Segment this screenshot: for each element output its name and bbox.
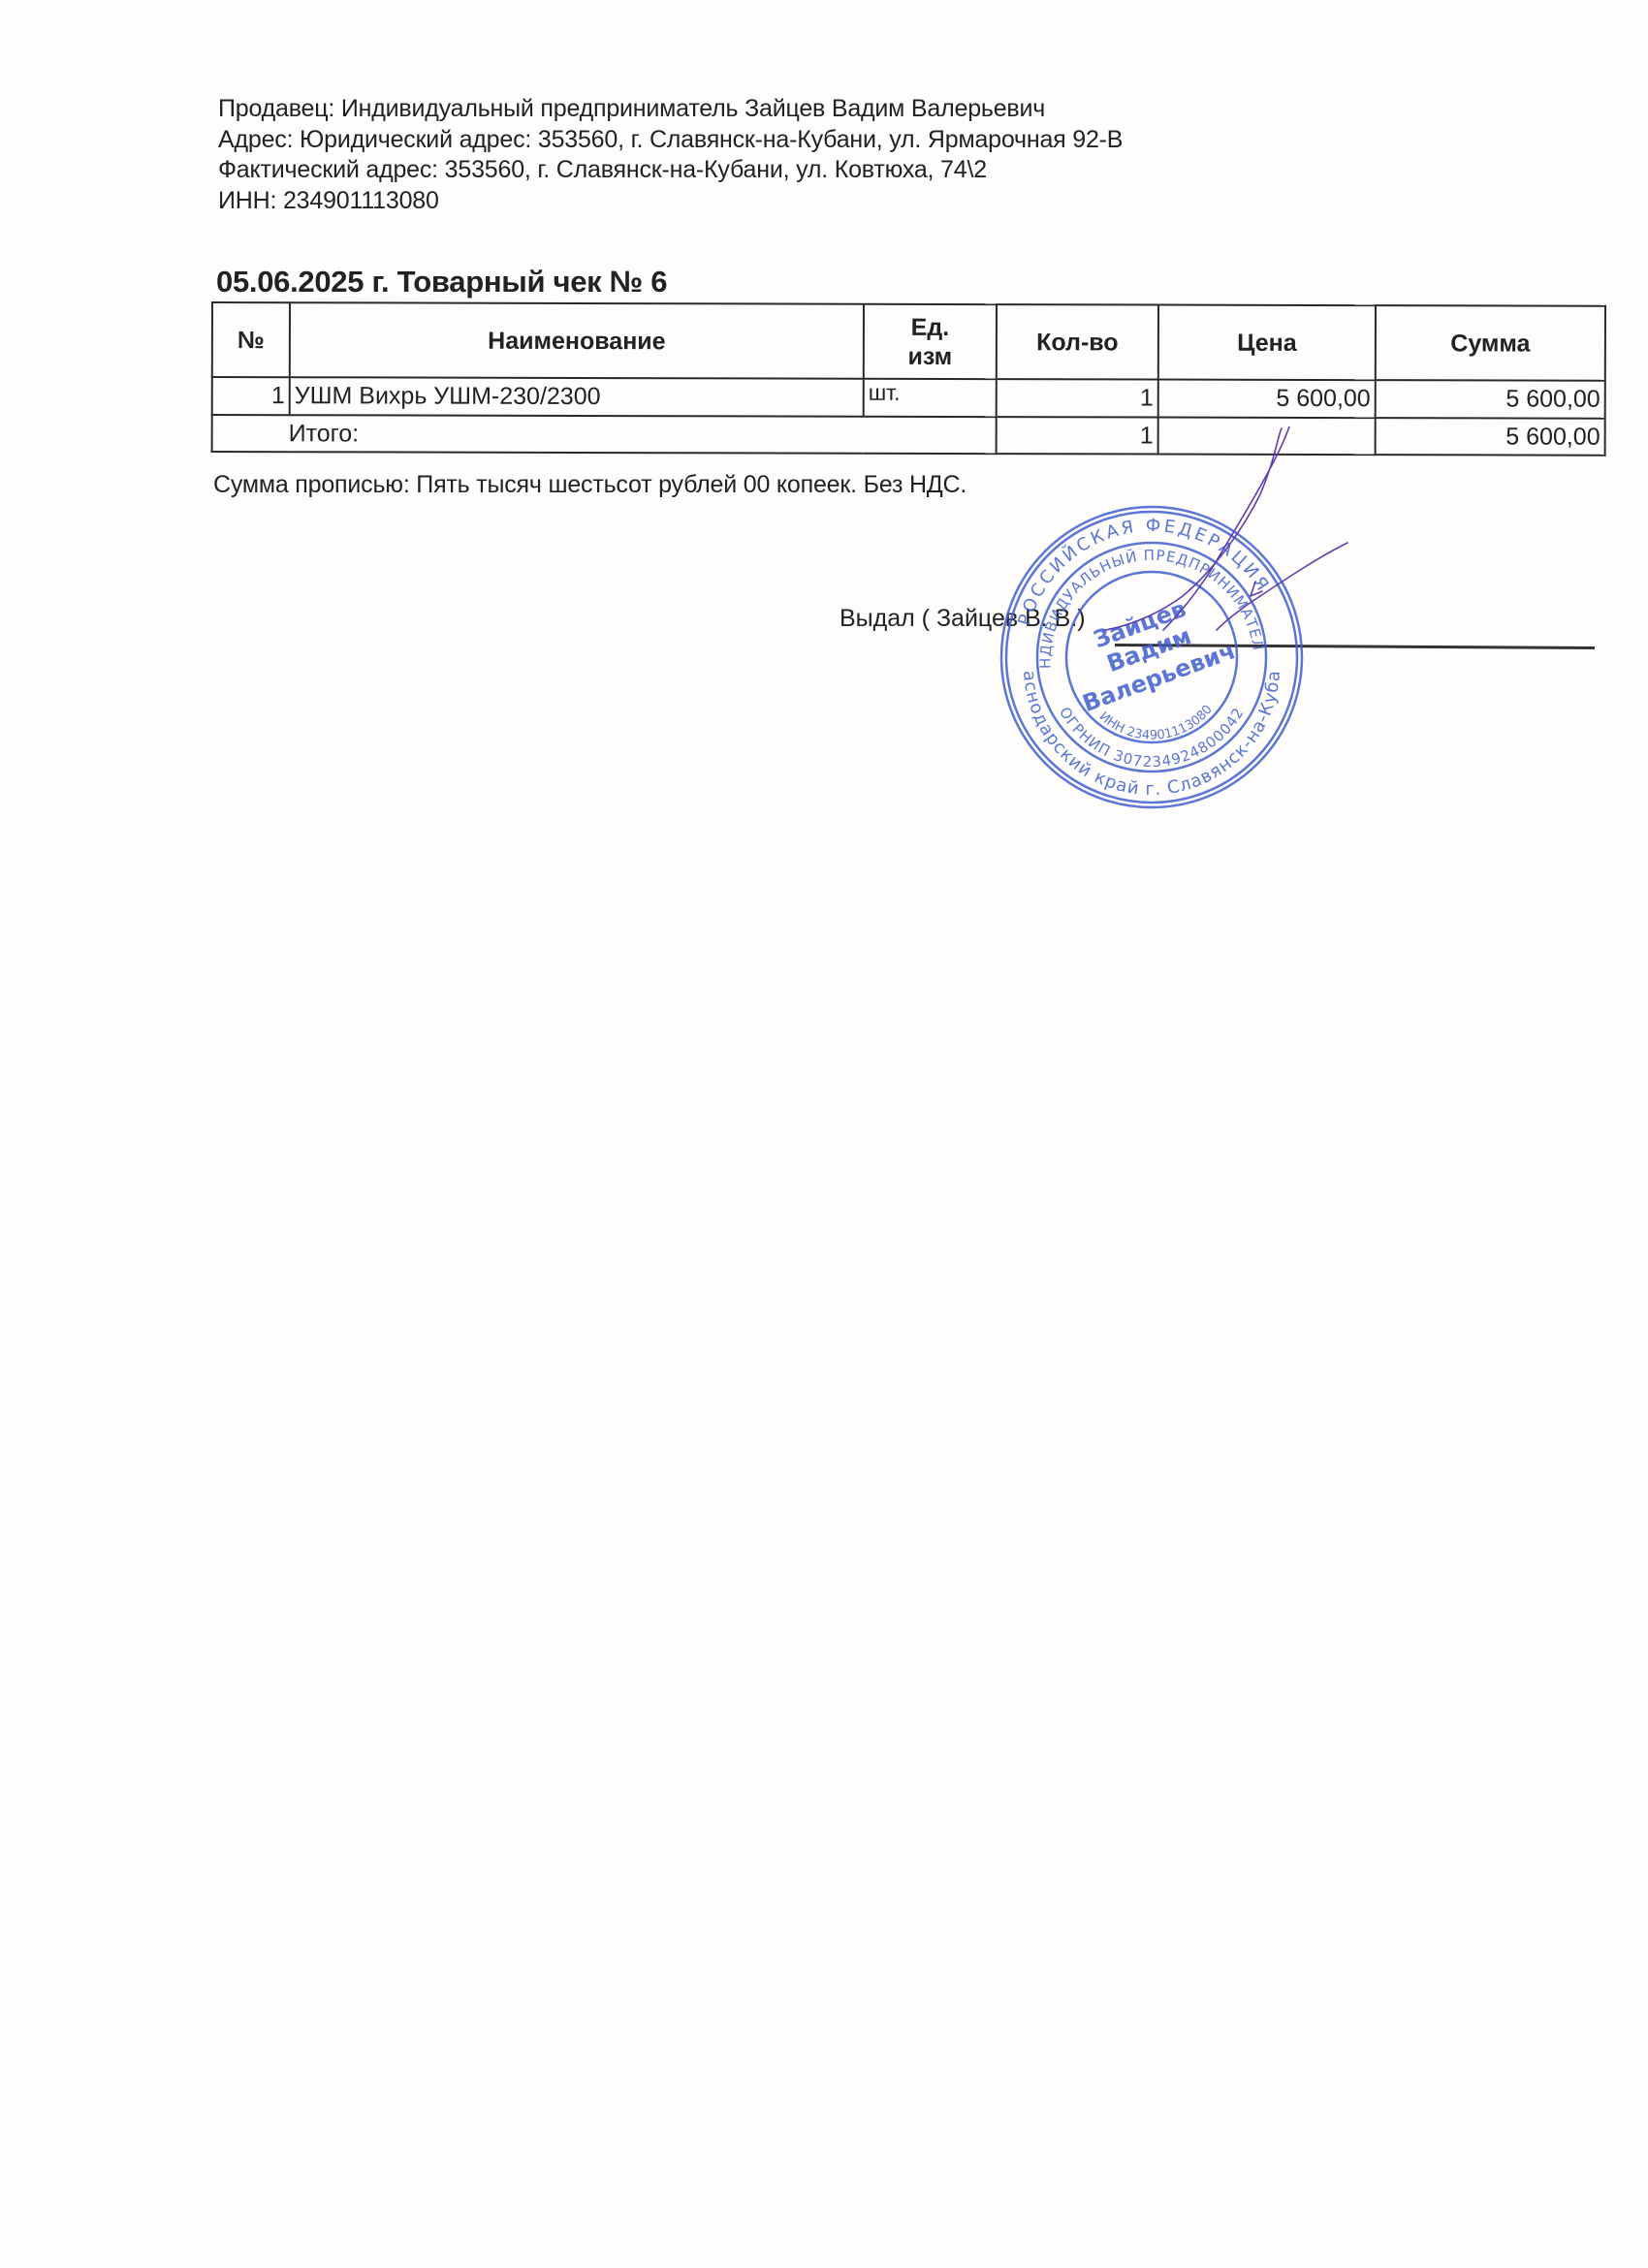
header-no: № xyxy=(212,302,290,377)
actual-address: Фактический адрес: 353560, г. Славянск-н… xyxy=(218,155,1123,186)
row-qty: 1 xyxy=(997,379,1158,417)
seller-info: Продавец: Индивидуальный предприниматель… xyxy=(218,94,1123,216)
total-label-cell: Итого: xyxy=(212,415,997,454)
receipt-table: № Наименование Ед. изм Кол-во Цена Сумма… xyxy=(211,301,1606,457)
seller-inn: ИНН: 234901113080 xyxy=(218,186,1123,217)
table-row: 1 УШМ Вихрь УШМ-230/2300 шт. 1 5 600,00 … xyxy=(212,377,1605,419)
handwritten-signature-icon xyxy=(1008,426,1357,678)
header-qty: Кол-во xyxy=(997,304,1158,379)
header-name: Наименование xyxy=(290,302,864,379)
header-sum: Сумма xyxy=(1376,305,1605,381)
row-price: 5 600,00 xyxy=(1158,380,1376,419)
amount-in-words: Сумма прописью: Пять тысяч шестьсот рубл… xyxy=(213,471,967,499)
legal-address: Адрес: Юридический адрес: 353560, г. Сла… xyxy=(218,125,1123,156)
row-unit: шт. xyxy=(864,379,997,417)
total-row: Итого: 1 5 600,00 xyxy=(212,415,1605,456)
header-unit: Ед. изм xyxy=(864,304,997,379)
total-label: Итого: xyxy=(289,420,360,447)
row-sum: 5 600,00 xyxy=(1376,380,1605,419)
header-unit-line2: изм xyxy=(907,342,952,369)
header-price: Цена xyxy=(1158,305,1376,381)
total-sum: 5 600,00 xyxy=(1376,418,1605,456)
seller-name: Продавец: Индивидуальный предприниматель… xyxy=(218,94,1123,125)
row-no: 1 xyxy=(212,377,290,415)
row-name: УШМ Вихрь УШМ-230/2300 xyxy=(290,377,864,417)
table-header-row: № Наименование Ед. изм Кол-во Цена Сумма xyxy=(212,302,1605,381)
header-unit-line1: Ед. xyxy=(911,313,950,340)
svg-text:ИНН 234901113080: ИНН 234901113080 xyxy=(1096,703,1216,743)
receipt-title: 05.06.2025 г. Товарный чек № 6 xyxy=(216,265,667,299)
